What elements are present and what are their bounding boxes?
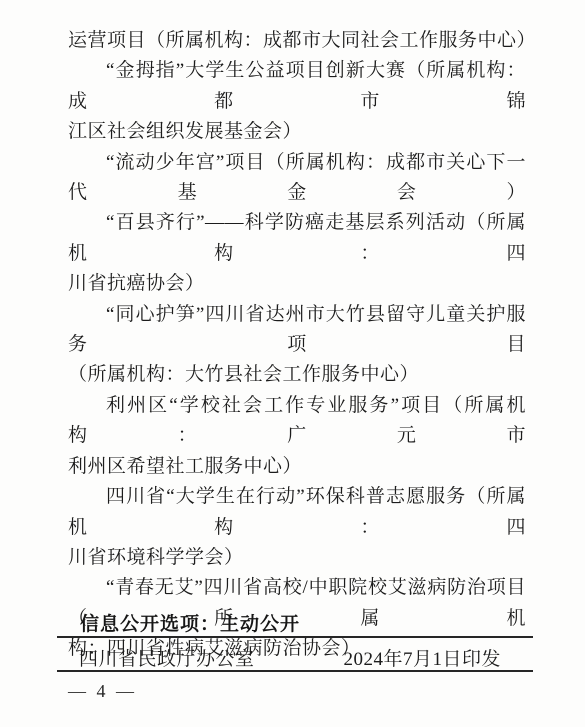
footer-rule-top bbox=[57, 636, 533, 638]
print-date: 2024年7月1日印发 bbox=[343, 644, 501, 671]
text-line: “流动少年宫”项目（所属机构：成都市关心下一代基金会） bbox=[68, 148, 526, 209]
text-line: 川省抗癌协会） bbox=[68, 269, 526, 299]
page-number: — 4 — bbox=[68, 681, 137, 702]
body-text: 运营项目（所属机构：成都市大同社会工作服务中心）“金拇指”大学生公益项目创新大赛… bbox=[68, 26, 526, 665]
text-line: “金拇指”大学生公益项目创新大赛（所属机构：成都市锦 bbox=[68, 56, 526, 117]
text-line: 利州区希望社工服务中心） bbox=[68, 452, 526, 482]
issuer-name: 四川省民政厅办公室 bbox=[79, 644, 255, 671]
text-line: 川省环境科学学会） bbox=[68, 543, 526, 573]
text-line: （所属机构：大竹县社会工作服务中心） bbox=[68, 360, 526, 390]
footer-rule-bottom bbox=[57, 670, 533, 672]
document-page: 运营项目（所属机构：成都市大同社会工作服务中心）“金拇指”大学生公益项目创新大赛… bbox=[0, 0, 585, 727]
text-line: “同心护笋”四川省达州市大竹县留守儿童关护服务项目 bbox=[68, 300, 526, 361]
text-line: “百县齐行”——科学防癌走基层系列活动（所属机构：四 bbox=[68, 208, 526, 269]
issuer-row: 四川省民政厅办公室 2024年7月1日印发 bbox=[79, 644, 501, 671]
info-disclosure-label: 信息公开选项：主动公开 bbox=[80, 609, 300, 636]
text-line: 运营项目（所属机构：成都市大同社会工作服务中心） bbox=[68, 26, 526, 56]
text-line: 江区社会组织发展基金会） bbox=[68, 117, 526, 147]
text-line: 四川省“大学生在行动”环保科普志愿服务（所属机构：四 bbox=[68, 482, 526, 543]
text-line: 利州区“学校社会工作专业服务”项目（所属机构：广元市 bbox=[68, 391, 526, 452]
